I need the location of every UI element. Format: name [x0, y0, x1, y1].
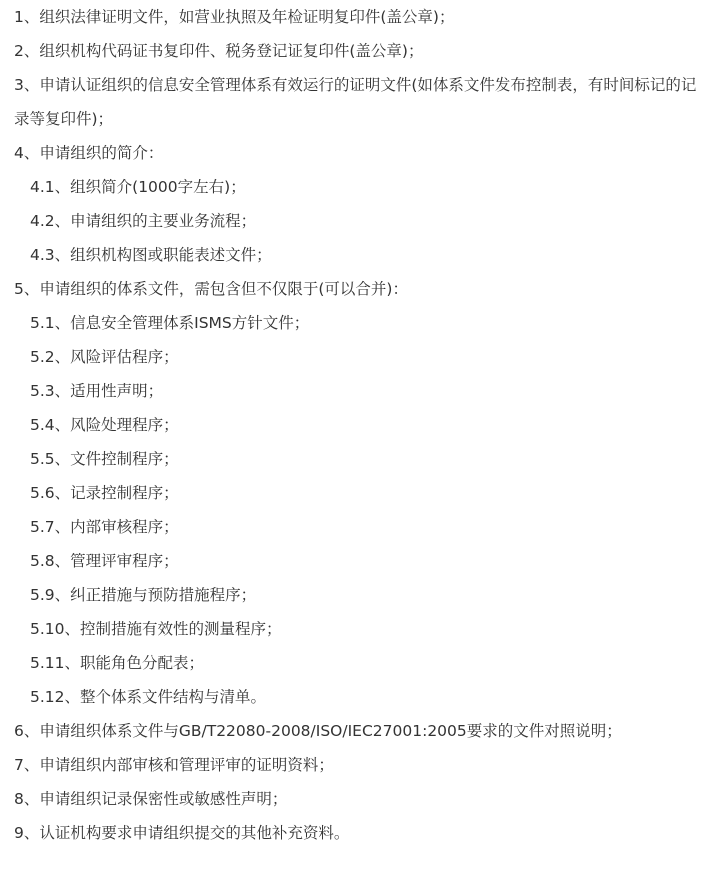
item-5-10: 5.10、控制措施有效性的测量程序； [14, 612, 706, 646]
item-8: 8、申请组织记录保密性或敏感性声明； [14, 782, 706, 816]
item-4-1: 4.1、组织简介(1000字左右)； [14, 170, 706, 204]
item-4-2: 4.2、申请组织的主要业务流程； [14, 204, 706, 238]
item-5-9: 5.9、纠正措施与预防措施程序； [14, 578, 706, 612]
requirements-document: 1、组织法律证明文件，如营业执照及年检证明复印件(盖公章)； 2、组织机构代码证… [0, 0, 720, 850]
item-5-5: 5.5、文件控制程序； [14, 442, 706, 476]
item-4: 4、申请组织的简介： [14, 136, 706, 170]
item-5-12: 5.12、整个体系文件结构与清单。 [14, 680, 706, 714]
item-5-4: 5.4、风险处理程序； [14, 408, 706, 442]
item-7: 7、申请组织内部审核和管理评审的证明资料； [14, 748, 706, 782]
item-1: 1、组织法律证明文件，如营业执照及年检证明复印件(盖公章)； [14, 0, 706, 34]
item-5-1: 5.1、信息安全管理体系ISMS方针文件； [14, 306, 706, 340]
item-5-3: 5.3、适用性声明； [14, 374, 706, 408]
item-9: 9、认证机构要求申请组织提交的其他补充资料。 [14, 816, 706, 850]
item-4-3: 4.3、组织机构图或职能表述文件； [14, 238, 706, 272]
item-2: 2、组织机构代码证书复印件、税务登记证复印件(盖公章)； [14, 34, 706, 68]
item-5-11: 5.11、职能角色分配表； [14, 646, 706, 680]
item-6: 6、申请组织体系文件与GB/T22080-2008/ISO/IEC27001:2… [14, 714, 706, 748]
item-5: 5、申请组织的体系文件，需包含但不仅限于(可以合并)： [14, 272, 706, 306]
item-5-7: 5.7、内部审核程序； [14, 510, 706, 544]
item-3: 3、申请认证组织的信息安全管理体系有效运行的证明文件(如体系文件发布控制表，有时… [14, 68, 706, 136]
item-5-6: 5.6、记录控制程序； [14, 476, 706, 510]
item-5-8: 5.8、管理评审程序； [14, 544, 706, 578]
item-5-2: 5.2、风险评估程序； [14, 340, 706, 374]
